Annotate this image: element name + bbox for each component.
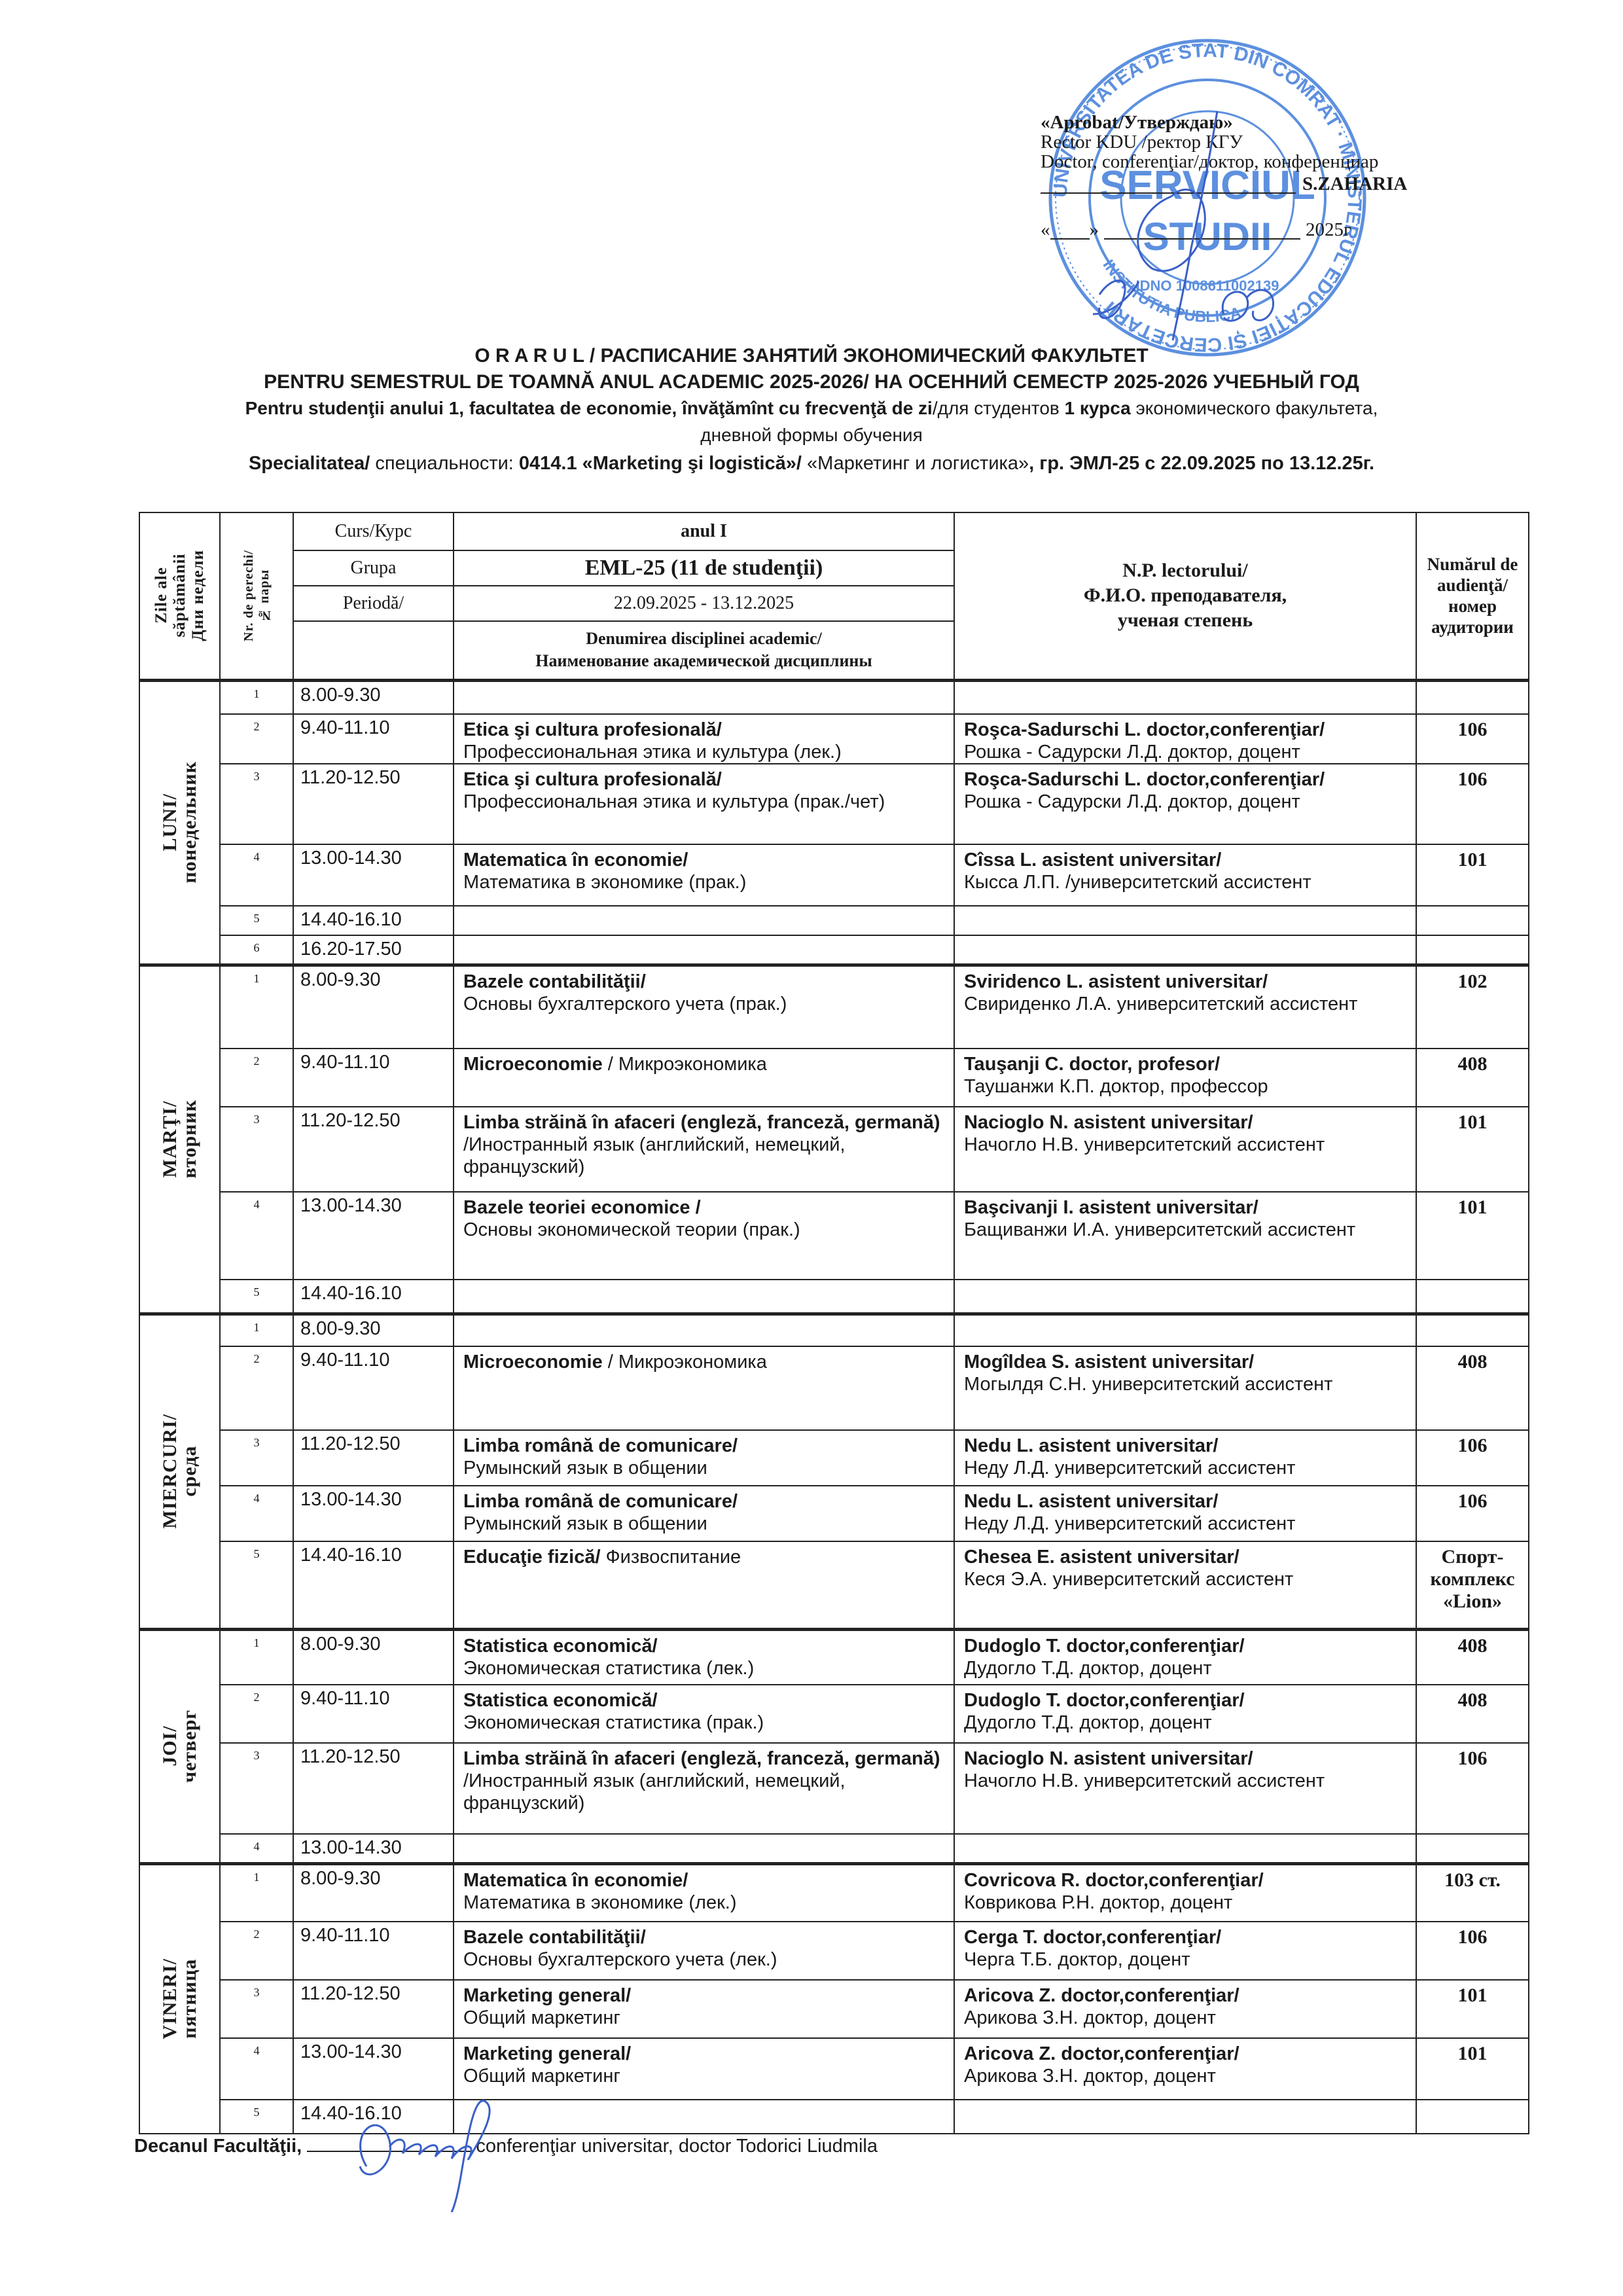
day-label: LUNI/понедельник (139, 680, 220, 965)
title-line-2: PENTRU SEMESTRUL DE TOAMNĂ ANUL ACADEMIC… (98, 369, 1525, 395)
discipline-ru: Основы бухгалтерского учета (прак.) (463, 994, 787, 1014)
table-row: LUNI/понедельник18.00-9.30 (139, 680, 1529, 714)
time-slot: 9.40-11.10 (293, 1922, 454, 1980)
discipline-ro: Limba străină în afaceri (engleză, franc… (463, 1112, 940, 1133)
discipline-ru: /Иностранный язык (английский, немецкий,… (463, 1134, 846, 1177)
time-slot: 8.00-9.30 (293, 680, 454, 714)
discipline-ro: Matematica în economie/ (463, 1870, 688, 1891)
lecturer-cell: Başcivanji I. asistent universitar/Бащив… (954, 1192, 1416, 1280)
discipline-cell: Microeconomie / Микроэкономика (454, 1049, 954, 1107)
table-row: 29.40-11.10Microeconomie / Микроэкономик… (139, 1346, 1529, 1430)
day-label: VINERI/пятница (139, 1863, 220, 2134)
discipline-ro: Limba română de comunicare/ (463, 1435, 738, 1456)
discipline-ru: Математика в экономике (лек.) (463, 1892, 736, 1913)
discipline-cell (454, 680, 954, 714)
time-slot: 11.20-12.50 (293, 764, 454, 844)
table-row: MARŢI/вторник18.00-9.30Bazele contabilit… (139, 965, 1529, 1049)
time-slot: 13.00-14.30 (293, 2038, 454, 2100)
lecturer-ru: Могылдя С.Н. университетский ассистент (964, 1374, 1332, 1395)
pair-number: 1 (220, 965, 293, 1049)
header-period-value: 22.09.2025 - 13.12.2025 (454, 586, 954, 621)
discipline-cell: Marketing general/Общий маркетинг (454, 1980, 954, 2038)
pair-number: 1 (220, 1314, 293, 1346)
room-number: 101 (1416, 1192, 1529, 1280)
lecturer-ru: Начогло Н.В. университетский ассистент (964, 1770, 1325, 1791)
discipline-cell: Etica şi cultura profesională/Профессион… (454, 714, 954, 764)
date-day-blank (1050, 221, 1090, 240)
discipline-cell: Limba străină în afaceri (engleză, franc… (454, 1107, 954, 1192)
table-row: 413.00-14.30Bazele teoriei economice /Ос… (139, 1192, 1529, 1280)
pair-number: 4 (220, 2038, 293, 2100)
day-label: MARŢI/вторник (139, 965, 220, 1314)
lecturer-cell: Nacioglo N. asistent universitar/Начогло… (954, 1107, 1416, 1192)
header-days: Zile alesăptămâniiДни недели (139, 512, 220, 680)
pair-number: 4 (220, 1834, 293, 1863)
lecturer-cell: Cîssa L. asistent universitar/Кысса Л.П.… (954, 844, 1416, 906)
pair-number: 6 (220, 935, 293, 965)
lecturer-ro: Sviridenco L. asistent universitar/ (964, 971, 1416, 993)
discipline-ru: / Микроэкономика (603, 1054, 767, 1075)
header-room: Numărul deaudienţă/номераудитории (1416, 512, 1529, 680)
lecturer-ru: Кысса Л.П. /университетский ассистент (964, 872, 1311, 893)
table-row: 311.20-12.50Marketing general/Общий марк… (139, 1980, 1529, 2038)
discipline-cell (454, 1280, 954, 1314)
discipline-cell (454, 935, 954, 965)
discipline-ro: Etica şi cultura profesională/ (463, 769, 722, 790)
lecturer-cell: Nacioglo N. asistent universitar/Начогло… (954, 1743, 1416, 1834)
discipline-cell: Limba străină în afaceri (engleză, franc… (454, 1743, 954, 1834)
time-slot: 8.00-9.30 (293, 965, 454, 1049)
room-number: 101 (1416, 844, 1529, 906)
discipline-cell: Statistica economică/Экономическая стати… (454, 1685, 954, 1743)
schedule-table: Zile alesăptămâniiДни недели Nr. de pere… (139, 512, 1528, 2134)
lecturer-ru: Арикова З.Н. доктор, доцент (964, 2007, 1216, 2028)
pair-number: 1 (220, 1629, 293, 1685)
table-row: VINERI/пятница18.00-9.30Matematica în ec… (139, 1863, 1529, 1922)
table-row: 514.40-16.10Educaţie fizică/ Физвоспитан… (139, 1541, 1529, 1629)
room-number: 101 (1416, 2038, 1529, 2100)
discipline-ro: Etica şi cultura profesională/ (463, 719, 722, 740)
room-number: 408 (1416, 1685, 1529, 1743)
discipline-cell (454, 2100, 954, 2134)
table-row: 29.40-11.10Bazele contabilităţii/Основы … (139, 1922, 1529, 1980)
lecturer-ru: Дудогло Т.Д. доктор, доцент (964, 1712, 1212, 1733)
room-number (1416, 680, 1529, 714)
discipline-ro: Bazele contabilităţii/ (463, 1927, 646, 1948)
lecturer-ro: Cerga T. doctor,conferenţiar/ (964, 1926, 1416, 1948)
discipline-ru: Основы экономической теории (прак.) (463, 1219, 800, 1240)
lecturer-ru: Арикова З.Н. доктор, доцент (964, 2066, 1216, 2087)
pair-number: 5 (220, 1280, 293, 1314)
discipline-ro: Statistica economică/ (463, 1690, 658, 1711)
pair-number: 3 (220, 1430, 293, 1486)
lecturer-cell (954, 1280, 1416, 1314)
pair-number: 3 (220, 764, 293, 844)
time-slot: 16.20-17.50 (293, 935, 454, 965)
discipline-ru: Экономическая статистика (лек.) (463, 1658, 754, 1679)
table-row: JOI/четверг18.00-9.30Statistica economic… (139, 1629, 1529, 1685)
title-line-4: дневной формы обучения (98, 422, 1525, 449)
table-row: 514.40-16.10 (139, 2100, 1529, 2134)
day-label: JOI/четверг (139, 1629, 220, 1863)
discipline-ru: Общий маркетинг (463, 2066, 620, 2087)
room-number: 101 (1416, 1980, 1529, 2038)
day-label: MIERCURI/среда (139, 1314, 220, 1629)
discipline-cell: Limba română de comunicare/Румынский язы… (454, 1486, 954, 1541)
discipline-ro: Microeconomie (463, 1054, 603, 1075)
discipline-ro: Bazele contabilităţii/ (463, 971, 646, 992)
lecturer-cell: Dudoglo T. doctor,conferenţiar/Дудогло Т… (954, 1629, 1416, 1685)
lecturer-cell: Cerga T. doctor,conferenţiar/Черга Т.Б. … (954, 1922, 1416, 1980)
pair-number: 1 (220, 680, 293, 714)
dean-signature-blank (307, 2135, 471, 2152)
lecturer-ro: Roşca-Sadurschi L. doctor,conferenţiar/ (964, 719, 1416, 741)
title-line-1: O R A R U L / РАСПИСАНИЕ ЗАНЯТИЙ ЭКОНОМИ… (98, 343, 1525, 369)
approval-date: « » 2025г (1041, 220, 1512, 240)
table-row: 29.40-11.10Statistica economică/Экономич… (139, 1685, 1529, 1743)
header-group-label: Grupa (293, 550, 454, 586)
lecturer-cell: Aricova Z. doctor,conferenţiar/Арикова З… (954, 2038, 1416, 2100)
discipline-ru: Профессиональная этика и культура (прак.… (463, 791, 885, 812)
table-row: 413.00-14.30Matematica în economie/Матем… (139, 844, 1529, 906)
lecturer-ro: Cîssa L. asistent universitar/ (964, 849, 1416, 871)
lecturer-ru: Коврикова Р.Н. доктор, доцент (964, 1892, 1232, 1913)
table-row: 413.00-14.30Limba română de comunicare/Р… (139, 1486, 1529, 1541)
lecturer-ro: Dudoglo T. doctor,conferenţiar/ (964, 1689, 1416, 1712)
room-number: 102 (1416, 965, 1529, 1049)
room-number: 101 (1416, 1107, 1529, 1192)
lecturer-cell: Dudoglo T. doctor,conferenţiar/Дудогло Т… (954, 1685, 1416, 1743)
discipline-cell: Bazele contabilităţii/Основы бухгалтерск… (454, 1922, 954, 1980)
time-slot: 8.00-9.30 (293, 1629, 454, 1685)
pair-number: 2 (220, 714, 293, 764)
approval-block: «Aprobat/Утверждаю» Rector KDU /ректор К… (1041, 113, 1512, 240)
discipline-cell: Statistica economică/Экономическая стати… (454, 1629, 954, 1685)
pair-number: 5 (220, 2100, 293, 2134)
room-number: Спорт-комплекс «Lion» (1416, 1541, 1529, 1629)
room-number: 106 (1416, 1922, 1529, 1980)
room-number (1416, 1280, 1529, 1314)
lecturer-ro: Başcivanji I. asistent universitar/ (964, 1196, 1416, 1219)
room-number: 106 (1416, 1430, 1529, 1486)
time-slot: 11.20-12.50 (293, 1743, 454, 1834)
discipline-ro: Microeconomie (463, 1352, 603, 1372)
lecturer-ru: Дудогло Т.Д. доктор, доцент (964, 1658, 1212, 1679)
header-course-value: anul I (454, 512, 954, 550)
time-slot: 14.40-16.10 (293, 1541, 454, 1629)
table-row: 29.40-11.10Microeconomie / Микроэкономик… (139, 1049, 1529, 1107)
time-slot: 11.20-12.50 (293, 1430, 454, 1486)
date-month-blank (1104, 221, 1300, 240)
time-slot: 14.40-16.10 (293, 906, 454, 935)
discipline-cell: Matematica în economie/Математика в экон… (454, 1863, 954, 1922)
lecturer-cell: Roşca-Sadurschi L. doctor,conferenţiar/Р… (954, 714, 1416, 764)
discipline-ru: Профессиональная этика и культура (лек.) (463, 742, 842, 762)
lecturer-cell (954, 1834, 1416, 1863)
time-slot: 8.00-9.30 (293, 1863, 454, 1922)
room-number: 106 (1416, 764, 1529, 844)
discipline-ru: Общий маркетинг (463, 2007, 620, 2028)
date-year: 2025г (1306, 220, 1351, 240)
discipline-cell (454, 1834, 954, 1863)
time-slot: 11.20-12.50 (293, 1980, 454, 2038)
lecturer-ru: Свириденко Л.А. университетский ассистен… (964, 994, 1357, 1014)
lecturer-cell: Nedu L. asistent universitar/Неду Л.Д. у… (954, 1430, 1416, 1486)
date-open-quote: « (1041, 220, 1050, 240)
discipline-cell: Etica şi cultura profesională/Профессион… (454, 764, 954, 844)
lecturer-ro: Dudoglo T. doctor,conferenţiar/ (964, 1635, 1416, 1657)
time-slot: 11.20-12.50 (293, 1107, 454, 1192)
header-lecturer: N.P. lectorului/Ф.И.О. преподавателя,уче… (954, 512, 1416, 680)
lecturer-ro: Mogîldea S. asistent universitar/ (964, 1351, 1416, 1373)
lecturer-ru: Рошка - Садурски Л.Д. доктор, доцент (964, 742, 1300, 762)
lecturer-cell: Chesea E. asistent universitar/Кеся Э.А.… (954, 1541, 1416, 1629)
time-slot: 9.40-11.10 (293, 1049, 454, 1107)
pair-number: 2 (220, 1346, 293, 1430)
pair-number: 3 (220, 1980, 293, 2038)
lecturer-ru: Кеся Э.А. университетский ассистент (964, 1569, 1293, 1590)
dean-signature-line: Decanul Facultăţii, conferenţiar univers… (134, 2135, 878, 2157)
lecturer-cell (954, 935, 1416, 965)
discipline-cell: Bazele contabilităţii/Основы бухгалтерск… (454, 965, 954, 1049)
pair-number: 4 (220, 1486, 293, 1541)
footer-dean-label: Decanul Facultăţii, (134, 2136, 302, 2157)
time-slot: 9.40-11.10 (293, 1346, 454, 1430)
pair-number: 3 (220, 1743, 293, 1834)
room-number: 408 (1416, 1049, 1529, 1107)
discipline-cell: Limba română de comunicare/Румынский язы… (454, 1430, 954, 1486)
room-number: 103 ст. (1416, 1863, 1529, 1922)
time-slot: 14.40-16.10 (293, 1280, 454, 1314)
header-discipline: Denumirea disciplinei academic/Наименова… (454, 621, 954, 680)
discipline-cell: Educaţie fizică/ Физвоспитание (454, 1541, 954, 1629)
seal-idno: IDNO 1008611002139 (1136, 278, 1279, 294)
discipline-ro: Matematica în economie/ (463, 850, 688, 870)
lecturer-ru: Начогло Н.В. университетский ассистент (964, 1134, 1325, 1155)
lecturer-cell: Covricova R. doctor,conferenţiar/Коврико… (954, 1863, 1416, 1922)
table-row: 29.40-11.10Etica şi cultura profesională… (139, 714, 1529, 764)
discipline-cell: Matematica în economie/Математика в экон… (454, 844, 954, 906)
time-slot: 13.00-14.30 (293, 844, 454, 906)
discipline-cell (454, 906, 954, 935)
table-row: 514.40-16.10 (139, 906, 1529, 935)
discipline-ru: Румынский язык в общении (463, 1458, 707, 1479)
header-blank (293, 621, 454, 680)
lecturer-ru: Бащиванжи И.А. университетский ассистент (964, 1219, 1355, 1240)
lecturer-ru: Черга Т.Б. доктор, доцент (964, 1949, 1190, 1970)
header-course-label: Curs/Курс (293, 512, 454, 550)
lecturer-ro: Nacioglo N. asistent universitar/ (964, 1111, 1416, 1134)
lecturer-ru: Таушанжи К.П. доктор, профессор (964, 1076, 1268, 1097)
table-row: 514.40-16.10 (139, 1280, 1529, 1314)
room-number: 106 (1416, 714, 1529, 764)
pair-number: 2 (220, 1922, 293, 1980)
header-group-value: EML-25 (11 de studenţii) (454, 550, 954, 586)
table-row: 413.00-14.30 (139, 1834, 1529, 1863)
rector-signature-line (1041, 175, 1296, 194)
pair-number: 1 (220, 1863, 293, 1922)
footer-dean-title: conferenţiar universitar, doctor Todoric… (476, 2136, 878, 2157)
time-slot: 9.40-11.10 (293, 714, 454, 764)
table-row: MIERCURI/среда18.00-9.30 (139, 1314, 1529, 1346)
header-pair-number: Nr. de perechi/№ пары (220, 512, 293, 680)
discipline-ru: Физвоспитание (601, 1547, 741, 1568)
lecturer-ro: Aricova Z. doctor,conferenţiar/ (964, 1984, 1416, 2007)
lecturer-ru: Неду Л.Д. университетский ассистент (964, 1513, 1295, 1534)
pair-number: 4 (220, 1192, 293, 1280)
pair-number: 4 (220, 844, 293, 906)
table-row: 311.20-12.50Limba română de comunicare/Р… (139, 1430, 1529, 1486)
pair-number: 3 (220, 1107, 293, 1192)
discipline-ru: / Микроэкономика (603, 1352, 767, 1372)
specialty-line: Specialitatea/ специальности: 0414.1 «Ma… (98, 449, 1525, 478)
room-number (1416, 1834, 1529, 1863)
discipline-ro: Bazele teoriei economice / (463, 1197, 701, 1218)
lecturer-cell (954, 2100, 1416, 2134)
lecturer-ro: Tauşanji C. doctor, profesor/ (964, 1053, 1416, 1075)
date-close-quote: » (1090, 220, 1099, 240)
room-number (1416, 1314, 1529, 1346)
time-slot: 13.00-14.30 (293, 1192, 454, 1280)
table-row: 311.20-12.50Limba străină în afaceri (en… (139, 1743, 1529, 1834)
lecturer-cell: Roşca-Sadurschi L. doctor,conferenţiar/Р… (954, 764, 1416, 844)
time-slot: 8.00-9.30 (293, 1314, 454, 1346)
room-number (1416, 906, 1529, 935)
title-line-3: Pentru studenţii anului 1, facultatea de… (98, 395, 1525, 422)
discipline-ro: Statistica economică/ (463, 1636, 658, 1657)
discipline-cell: Microeconomie / Микроэкономика (454, 1346, 954, 1430)
lecturer-ro: Covricova R. doctor,conferenţiar/ (964, 1869, 1416, 1892)
rector-name: S.ZAHARIA (1302, 174, 1407, 194)
pair-number: 5 (220, 906, 293, 935)
discipline-ru: /Иностранный язык (английский, немецкий,… (463, 1770, 846, 1814)
room-number (1416, 935, 1529, 965)
time-slot: 13.00-14.30 (293, 1834, 454, 1863)
lecturer-ru: Неду Л.Д. университетский ассистент (964, 1458, 1295, 1479)
lecturer-cell: Tauşanji C. doctor, profesor/Таушанжи К.… (954, 1049, 1416, 1107)
discipline-cell: Marketing general/Общий маркетинг (454, 2038, 954, 2100)
discipline-ro: Educaţie fizică/ (463, 1547, 601, 1568)
lecturer-cell (954, 680, 1416, 714)
pair-number: 5 (220, 1541, 293, 1629)
discipline-ru: Математика в экономике (прак.) (463, 872, 746, 893)
table-row: 413.00-14.30Marketing general/Общий марк… (139, 2038, 1529, 2100)
lecturer-ro: Nacioglo N. asistent universitar/ (964, 1748, 1416, 1770)
pair-number: 2 (220, 1049, 293, 1107)
approval-rector: Rector KDU /ректор КГУ (1041, 132, 1512, 152)
lecturer-cell (954, 1314, 1416, 1346)
lecturer-ro: Nedu L. asistent universitar/ (964, 1435, 1416, 1457)
approval-title: «Aprobat/Утверждаю» (1041, 113, 1512, 132)
table-row: 311.20-12.50Limba străină în afaceri (en… (139, 1107, 1529, 1192)
lecturer-ro: Nedu L. asistent universitar/ (964, 1490, 1416, 1513)
pair-number: 2 (220, 1685, 293, 1743)
lecturer-cell: Mogîldea S. asistent universitar/Могылдя… (954, 1346, 1416, 1430)
lecturer-cell: Sviridenco L. asistent universitar/Свири… (954, 965, 1416, 1049)
approval-degree: Doctor, conferenţiar/доктор, конференциа… (1041, 152, 1512, 171)
lecturer-cell: Nedu L. asistent universitar/Неду Л.Д. у… (954, 1486, 1416, 1541)
lecturer-ro: Aricova Z. doctor,conferenţiar/ (964, 2043, 1416, 2065)
lecturer-ru: Рошка - Садурски Л.Д. доктор, доцент (964, 791, 1300, 812)
header-period-label: Periodă/ (293, 586, 454, 621)
discipline-cell (454, 1314, 954, 1346)
time-slot: 14.40-16.10 (293, 2100, 454, 2134)
discipline-ru: Румынский язык в общении (463, 1513, 707, 1534)
lecturer-ro: Chesea E. asistent universitar/ (964, 1546, 1416, 1568)
discipline-ro: Limba română de comunicare/ (463, 1491, 738, 1512)
discipline-ro: Marketing general/ (463, 1985, 631, 2006)
room-number: 408 (1416, 1629, 1529, 1685)
lecturer-cell (954, 906, 1416, 935)
table-row: 616.20-17.50 (139, 935, 1529, 965)
discipline-ru: Основы бухгалтерского учета (лек.) (463, 1949, 777, 1970)
lecturer-cell: Aricova Z. doctor,conferenţiar/Арикова З… (954, 1980, 1416, 2038)
discipline-ru: Экономическая статистика (прак.) (463, 1712, 764, 1733)
document-titles: O R A R U L / РАСПИСАНИЕ ЗАНЯТИЙ ЭКОНОМИ… (98, 343, 1525, 478)
room-number: 408 (1416, 1346, 1529, 1430)
table-row: 311.20-12.50Etica şi cultura profesional… (139, 764, 1529, 844)
time-slot: 13.00-14.30 (293, 1486, 454, 1541)
room-number: 106 (1416, 1743, 1529, 1834)
discipline-ro: Limba străină în afaceri (engleză, franc… (463, 1748, 940, 1769)
discipline-cell: Bazele teoriei economice /Основы экономи… (454, 1192, 954, 1280)
discipline-ro: Marketing general/ (463, 2043, 631, 2064)
time-slot: 9.40-11.10 (293, 1685, 454, 1743)
room-number: 106 (1416, 1486, 1529, 1541)
room-number (1416, 2100, 1529, 2134)
lecturer-ro: Roşca-Sadurschi L. doctor,conferenţiar/ (964, 768, 1416, 791)
